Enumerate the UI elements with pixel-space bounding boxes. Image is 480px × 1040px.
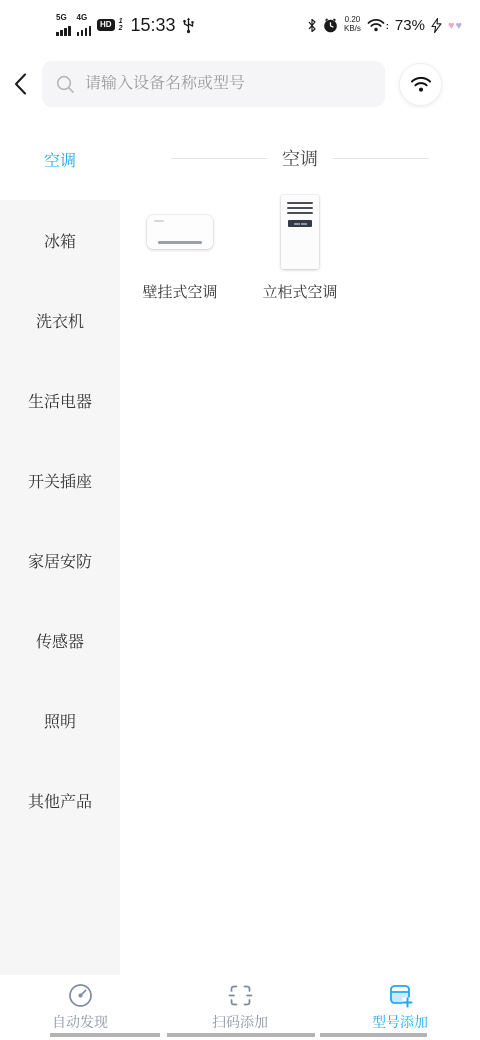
screen: 5G 4G HD 12 15:33 [0,0,480,1040]
sidebar-item-lighting[interactable]: 照明 [0,680,120,760]
search-input[interactable] [85,75,371,93]
wifi-icon [410,75,432,93]
sidebar-item-sensor[interactable]: 传感器 [0,600,120,680]
product-floor-standing-ac[interactable]: 立柜式空调 [240,193,360,302]
header [0,60,480,108]
bluetooth-icon [307,18,317,33]
main-panel: 空调 壁挂式空调 立柜式空调 [120,118,480,975]
sidebar-item-life-appliance[interactable]: 生活电器 [0,360,120,440]
product-label: 立柜式空调 [262,281,337,302]
sidebar-item-home-security[interactable]: 家居安防 [0,520,120,600]
wifi-status-icon: : [367,18,389,32]
signal-5g-icon: 5G [56,14,71,36]
clock-time: 15:33 [130,15,175,36]
tab-label: 扫码添加 [212,1012,268,1032]
tab-underline [320,1033,427,1037]
chevron-left-icon [14,73,27,95]
tab-underline [167,1033,315,1037]
back-button[interactable] [0,60,40,108]
sidebar-item-fridge[interactable]: 冰箱 [0,200,120,280]
sidebar-item-switch-socket[interactable]: 开关插座 [0,440,120,520]
signal-4g-icon: 4G [77,14,92,36]
wifi-setup-button[interactable] [399,63,442,106]
product-grid: 壁挂式空调 立柜式空调 [120,193,480,302]
content: 空调 冰箱 洗衣机 生活电器 开关插座 家居安防 传感器 照明 其他产品 空调 [0,118,480,975]
wall-mounted-ac-image [147,193,213,271]
status-left: 5G 4G HD 12 15:33 [56,14,195,36]
tab-model-add[interactable]: 型号添加 [320,975,480,1040]
sidebar-item-washer[interactable]: 洗衣机 [0,280,120,360]
alarm-clock-icon [323,18,338,33]
charging-bolt-icon [431,18,442,33]
section-header: 空调 [120,145,480,171]
hearts-icon: ♥♥ [448,16,462,34]
scan-frame-icon [227,982,254,1009]
signal-5g-label: 5G [56,13,67,22]
tab-label: 自动发现 [52,1012,108,1032]
hd-frac: 12 [119,18,123,32]
search-box[interactable] [42,61,385,107]
divider-left [171,158,267,159]
floor-standing-ac-image [281,193,319,271]
sidebar-rest: 冰箱 洗衣机 生活电器 开关插座 家居安防 传感器 照明 其他产品 [0,200,120,975]
product-label: 壁挂式空调 [142,281,217,302]
network-speed: 0.20 KB/s [344,16,361,34]
battery-percent: 73% [395,17,425,34]
status-right: 0.20 KB/s : 73% ♥♥ [307,16,462,34]
product-wall-mounted-ac[interactable]: 壁挂式空调 [120,193,240,302]
device-plus-icon [387,982,414,1009]
status-bar: 5G 4G HD 12 15:33 [0,10,480,40]
tab-bar: 自动发现 扫码添加 [0,975,480,1040]
hd-voice-icon: HD [97,19,115,31]
divider-right [333,158,429,159]
gauge-icon [67,982,94,1009]
tab-underline [50,1033,160,1037]
tab-auto-discover[interactable]: 自动发现 [0,975,160,1040]
tab-label: 型号添加 [372,1012,428,1032]
section-title: 空调 [282,145,318,171]
tab-scan-add[interactable]: 扫码添加 [160,975,320,1040]
signal-4g-label: 4G [77,13,88,22]
sidebar-item-other[interactable]: 其他产品 [0,760,120,840]
sidebar-item-aircon[interactable]: 空调 [0,118,120,200]
usb-icon [182,17,195,34]
magnifier-icon [56,75,75,94]
category-sidebar: 空调 冰箱 洗衣机 生活电器 开关插座 家居安防 传感器 照明 其他产品 [0,118,120,975]
